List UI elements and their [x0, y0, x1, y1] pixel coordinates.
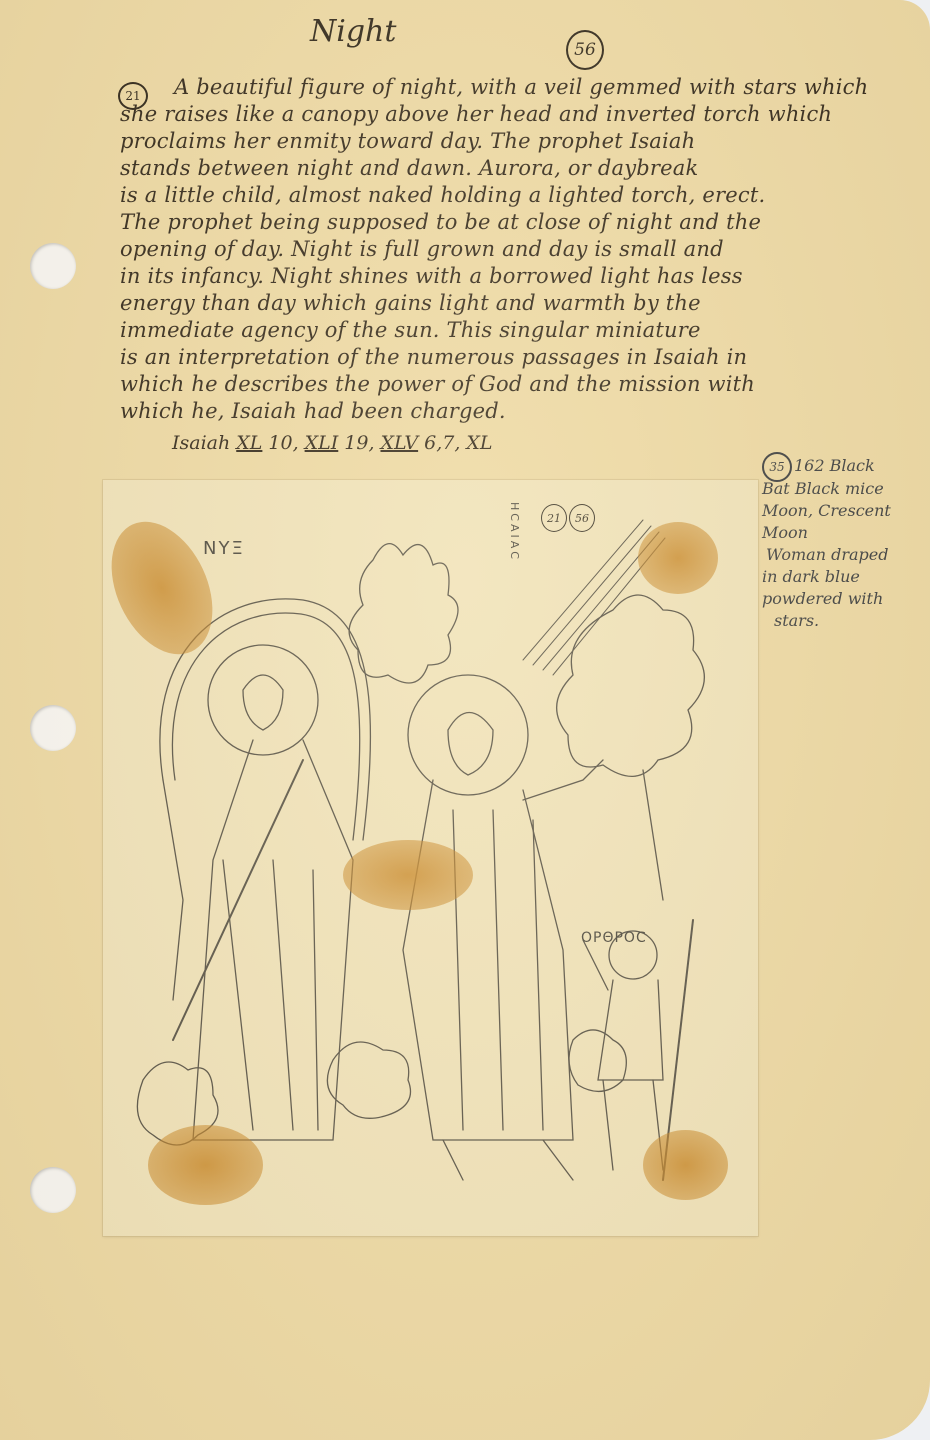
description-line: energy than day which gains light and wa…	[120, 290, 930, 317]
side-note: 35162 Black Bat Black mice Moon, Crescen…	[762, 452, 930, 632]
punch-hole-middle	[30, 705, 76, 751]
side-note-line: Moon, Crescent	[762, 500, 930, 522]
description-line: A beautiful figure of night, with a veil…	[120, 74, 930, 101]
reference-chapter: XL	[466, 432, 492, 454]
punch-hole-top	[30, 243, 76, 289]
reference-chapter: XLI	[305, 432, 339, 454]
reference-verses: 10,	[268, 432, 298, 454]
description-text: A beautiful figure of night, with a veil…	[120, 74, 930, 425]
reference-book: Isaiah	[172, 432, 230, 454]
adhesive-stain	[643, 1130, 728, 1200]
description-line: opening of day. Night is full grown and …	[120, 236, 930, 263]
description-line: which he, Isaiah had been charged.	[120, 398, 930, 425]
page-number-circle: 56	[566, 30, 604, 70]
description-line: which he describes the power of God and …	[120, 371, 930, 398]
reference-verses: 19,	[344, 432, 374, 454]
tracing-paper-drawing: ΝΥΞ ΗCΑΙΑC ΟΡΘΡΟC 21 56	[103, 480, 758, 1236]
description-line: immediate agency of the sun. This singul…	[120, 317, 930, 344]
adhesive-stain	[148, 1125, 263, 1205]
side-note-line: Woman draped	[762, 544, 930, 566]
label-orthros: ΟΡΘΡΟC	[581, 930, 647, 946]
description-line: she raises like a canopy above her head …	[120, 101, 930, 128]
tracing-page-circle: 56	[569, 504, 595, 532]
description-line: stands between night and dawn. Aurora, o…	[120, 155, 930, 182]
card-title: Night	[310, 14, 396, 49]
reference-chapter: XL	[236, 432, 262, 454]
description-line: is a little child, almost naked holding …	[120, 182, 930, 209]
description-line: in its infancy. Night shines with a borr…	[120, 263, 930, 290]
reference-verses: 6,7,	[424, 432, 460, 454]
scripture-references: Isaiah XL 10, XLI 19, XLV 6,7, XL	[172, 432, 493, 454]
reference-chapter: XLV	[380, 432, 418, 454]
side-note-line: Moon	[762, 522, 930, 544]
punch-hole-bottom	[30, 1167, 76, 1213]
adhesive-stain	[343, 840, 473, 910]
side-note-line: 162 Black	[794, 456, 875, 475]
side-note-line: Bat Black mice	[762, 478, 930, 500]
adhesive-stain	[638, 522, 718, 594]
description-line: The prophet being supposed to be at clos…	[120, 209, 930, 236]
description-line: proclaims her enmity toward day. The pro…	[120, 128, 930, 155]
index-card: Night 56 21 A beautiful figure of night,…	[0, 0, 930, 1440]
label-isaias: ΗCΑΙΑC	[508, 502, 521, 562]
description-line: is an interpretation of the numerous pas…	[120, 344, 930, 371]
tracing-entry-circle: 21	[541, 504, 567, 532]
side-note-line: in dark blue	[762, 566, 930, 588]
side-note-line: powdered with	[762, 588, 930, 610]
label-nyx: ΝΥΞ	[203, 538, 245, 559]
side-note-line: stars.	[762, 610, 930, 632]
